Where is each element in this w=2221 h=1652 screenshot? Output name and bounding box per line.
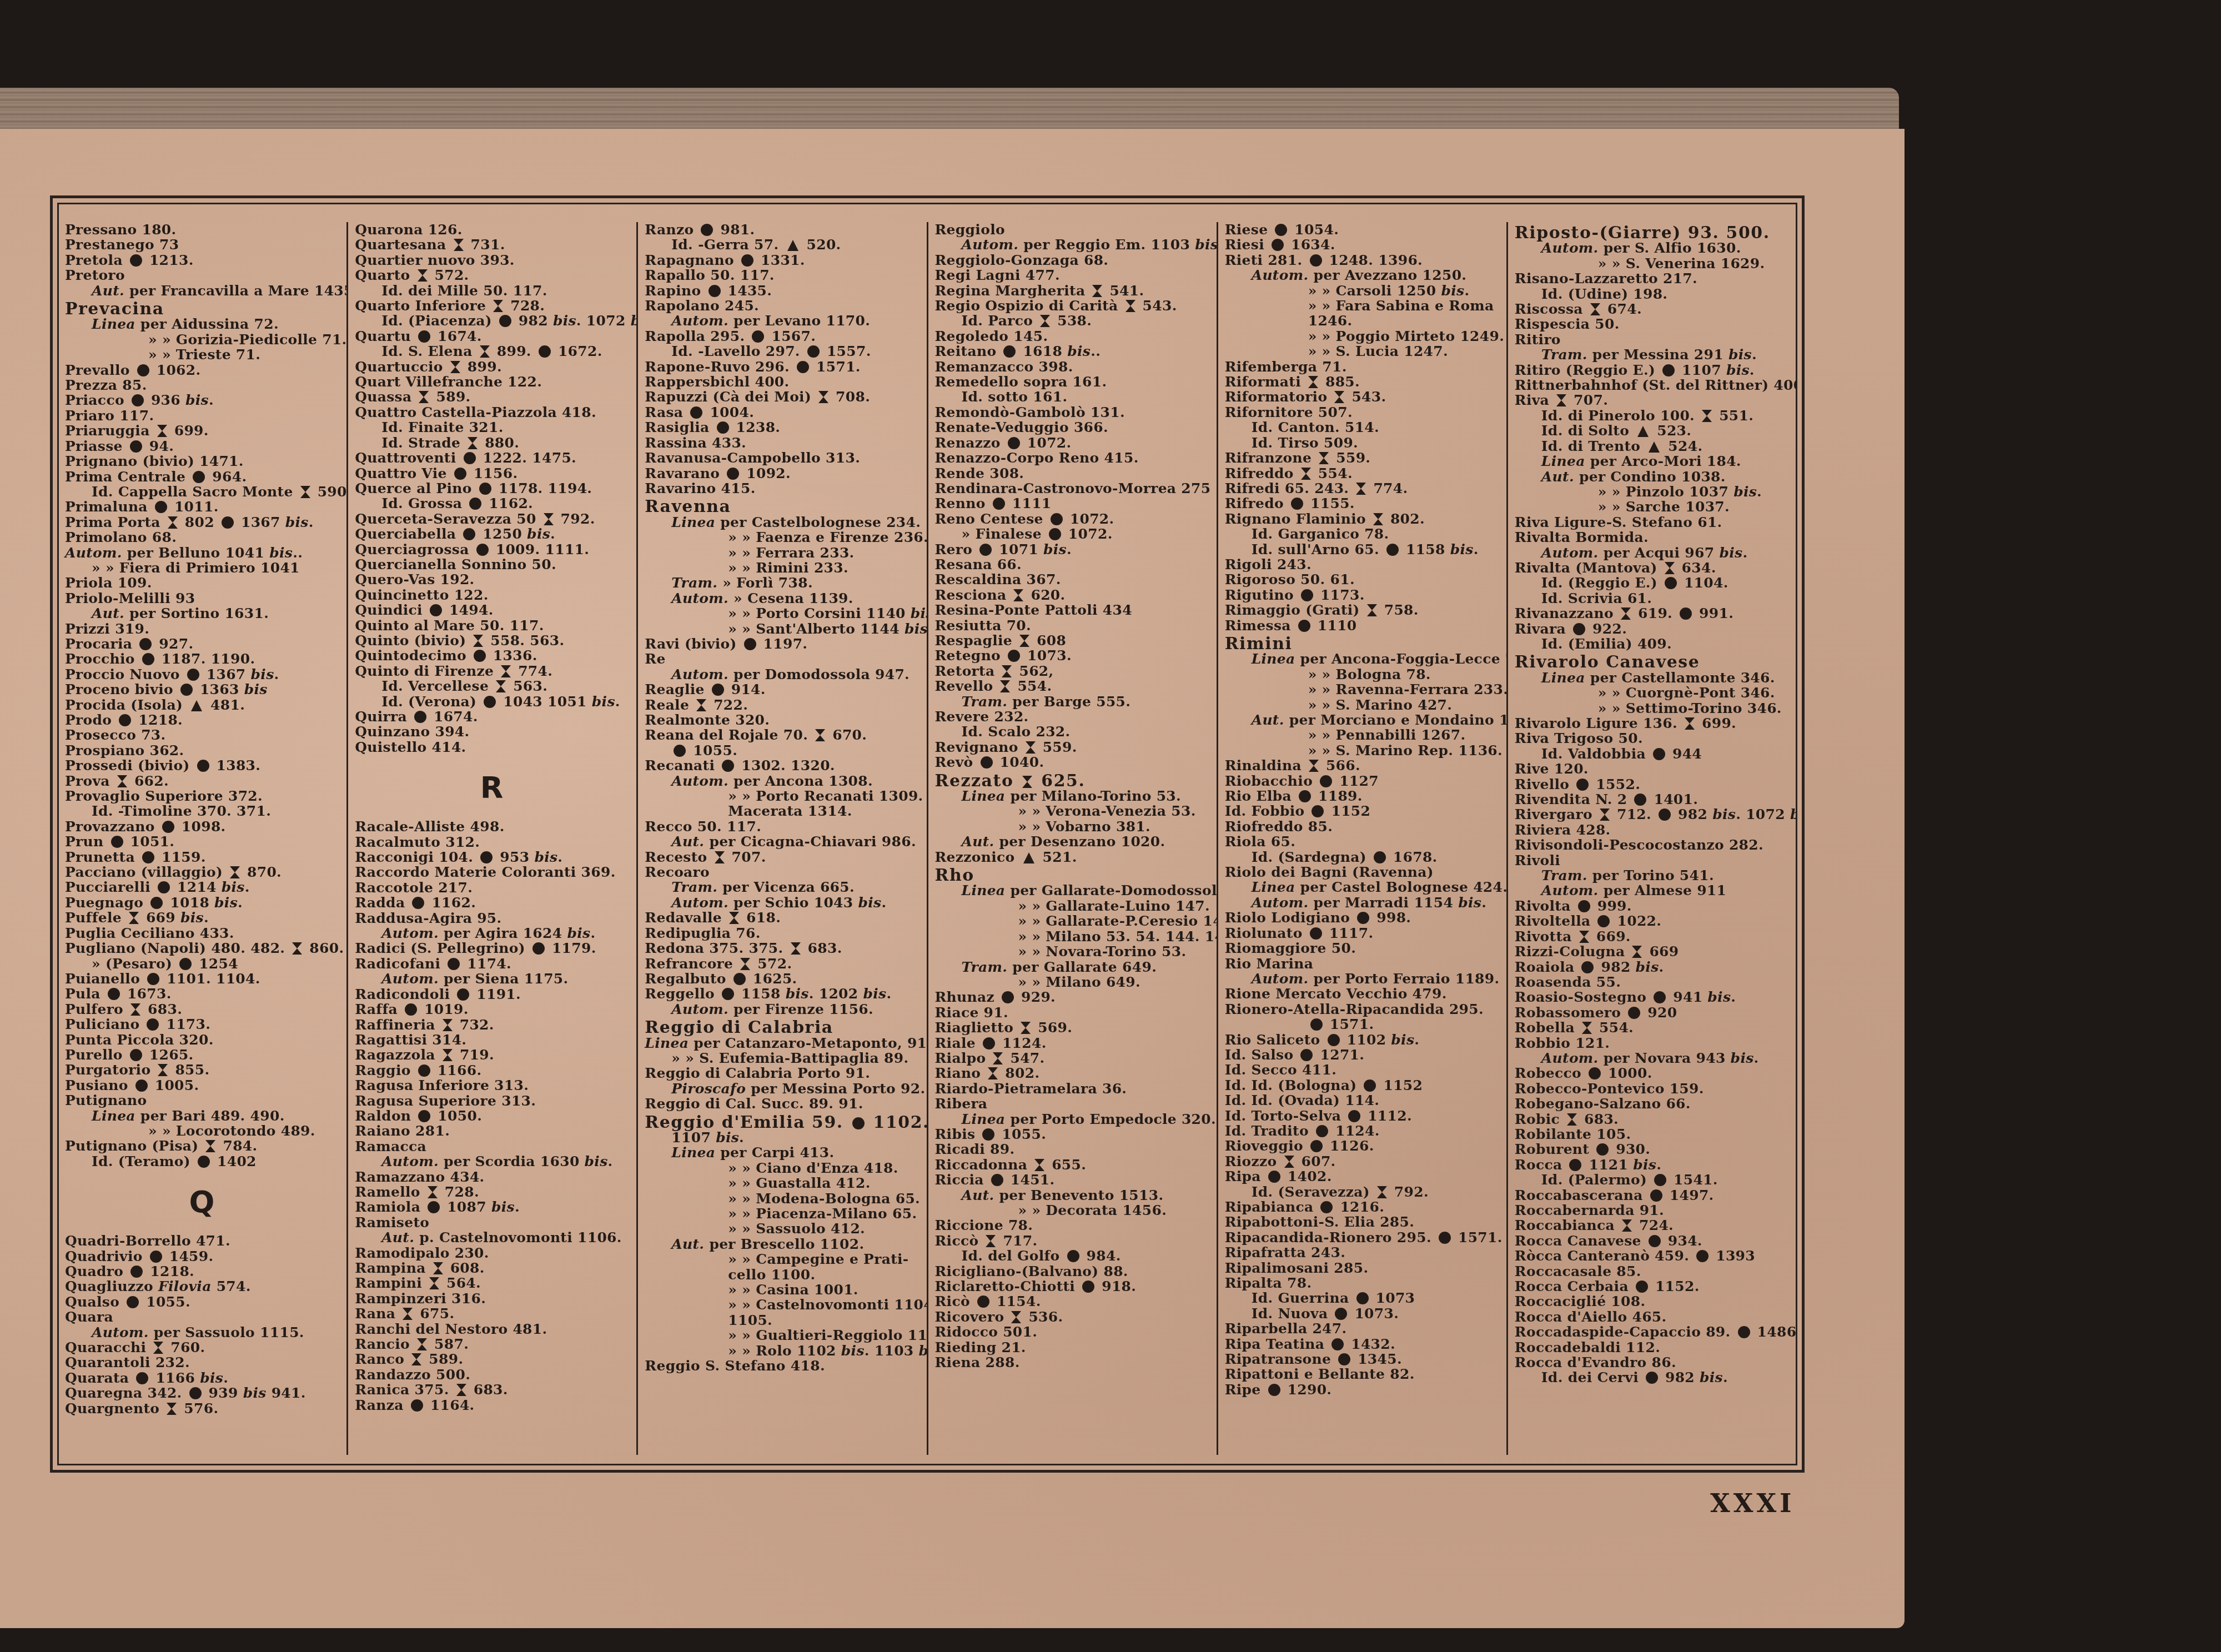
index-entry: Riardo-Pietramelara 36. (935, 1081, 1209, 1096)
tramway-icon (1022, 776, 1032, 788)
index-entry: Id. di Solto 523. (1515, 423, 1788, 438)
index-entry: » Finalese 1072. (935, 526, 1209, 541)
bus-service-icon (137, 364, 149, 376)
index-entry: Id. Canton. 514. (1225, 420, 1499, 435)
index-entry: Riese 1054. (1225, 222, 1499, 237)
station-heading: Rivarolo Canavese (1515, 655, 1788, 670)
bus-service-icon (1636, 1281, 1648, 1293)
tramway-icon (1556, 394, 1566, 406)
index-entry: Quinto di Firenze 774. (355, 664, 629, 679)
bus-service-icon (1310, 254, 1322, 267)
index-entry: Ramiola 1087 bis. (355, 1199, 629, 1214)
index-entry: » » Porto Corsini 1140 bis (645, 606, 918, 621)
index-entry: Riva Ligure-S. Stefano 61. (1515, 515, 1788, 530)
index-entry: » » Verona-Venezia 53. (935, 804, 1209, 819)
index-entry: Rivalta Bormida. (1515, 530, 1788, 545)
index-entry: Quinto al Mare 50. 117. (355, 618, 629, 633)
bus-service-icon (1597, 915, 1610, 927)
index-entry: Rivolta 999. (1515, 898, 1788, 913)
index-entry: Riccadonna 655. (935, 1157, 1209, 1172)
index-entry: Rieding 21. (935, 1340, 1209, 1355)
index-entry: Id. (Piacenza) 982 bis. 1072 bis (355, 313, 629, 328)
bus-service-icon (852, 1117, 865, 1129)
index-entry: Rive 120. (1515, 761, 1788, 776)
index-entry: Id. Strade 880. (355, 435, 629, 450)
index-entry: Puegnago 1018 bis. (65, 895, 339, 910)
index-entry: Rivendita N. 2 1401. (1515, 792, 1788, 807)
tramway-icon (158, 1064, 168, 1076)
tramway-icon (1034, 1159, 1044, 1171)
index-entry: Reggio di Calabria Porto 91. (645, 1066, 918, 1081)
index-entry: Retegno 1073. (935, 648, 1209, 663)
tramway-icon (230, 866, 240, 878)
bus-service-icon (1300, 1049, 1313, 1061)
index-entry: Linea per Carpi 413. (645, 1145, 918, 1160)
index-entry: Recoaro (645, 865, 918, 880)
tramway-icon (468, 437, 478, 449)
index-entry: Ribera (935, 1096, 1209, 1111)
index-entry: Randazzo 500. (355, 1367, 629, 1382)
bus-service-icon (187, 669, 199, 681)
tramway-icon (1011, 1311, 1021, 1323)
index-entry: Linea per Castellamonte 346. (1515, 670, 1788, 685)
index-entry: Rivalta (Mantova) 634. (1515, 560, 1788, 575)
index-entry: Quagliuzzo Filovia 574. (65, 1279, 339, 1294)
index-entry: 1105. (645, 1313, 918, 1328)
index-entry: Ramodipalo 230. (355, 1246, 629, 1261)
index-entry: Rialpo 547. (935, 1051, 1209, 1066)
tramway-icon (1125, 300, 1135, 312)
bus-service-icon (532, 942, 545, 955)
index-entry: Pusiano 1005. (65, 1078, 339, 1093)
bus-service-icon (1298, 620, 1310, 632)
index-entry: 1055. (645, 743, 918, 758)
bus-service-icon (1576, 779, 1589, 791)
tramway-icon (153, 1342, 163, 1354)
index-entry: Ròcca Canteranò 459. 1393 (1515, 1248, 1788, 1263)
index-entry: Id. Vercellese 563. (355, 679, 629, 694)
index-entry: Quarona 126. (355, 222, 629, 237)
bus-service-icon (150, 897, 163, 909)
index-entry: » » Castelnovomonti 1104. (645, 1297, 918, 1312)
bus-service-icon (1356, 1292, 1369, 1304)
index-entry: Quartesana 731. (355, 237, 629, 252)
bus-service-icon (1312, 805, 1324, 817)
index-entry: Ranzo 981. (645, 222, 918, 237)
index-entry: Re (645, 651, 918, 666)
index-entry: Rivergaro 712. 982 bis. 1072 bis (1515, 807, 1788, 822)
tramway-icon (130, 1003, 140, 1016)
bus-service-icon (1665, 577, 1677, 589)
bus-service-icon (979, 544, 992, 556)
bus-service-icon (1357, 912, 1369, 924)
index-entry: Id. Guerrina 1073 (1225, 1291, 1499, 1305)
bus-service-icon (1628, 1007, 1640, 1019)
index-entry: » » Cuorgnè-Pont 346. (1515, 685, 1788, 700)
index-entry: Aut. per Sortino 1631. (65, 606, 339, 621)
index-entry: Roburent 930. (1515, 1142, 1788, 1157)
index-entry: Rignano Flaminio 802. (1225, 511, 1499, 526)
index-entry: Autom. per Schio 1043 bis. (645, 895, 918, 910)
bus-service-icon (130, 254, 142, 267)
bus-service-icon (752, 330, 764, 343)
index-entry: Riccia 1451. (935, 1172, 1209, 1187)
index-entry: Roccaciglié 108. (1515, 1294, 1788, 1309)
index-entry: Id. Grossa 1162. (355, 496, 629, 511)
index-entry: » » Casina 1001. (645, 1282, 918, 1297)
index-entry: Priaro 117. (65, 408, 339, 423)
tramway-icon (1567, 1113, 1577, 1126)
index-entry: » » Sassuolo 412. (645, 1221, 918, 1236)
tramway-icon (818, 391, 828, 403)
bus-service-icon (1634, 794, 1646, 806)
index-entry: Radda 1162. (355, 895, 629, 910)
index-entry: Ravanusa-Campobello 313. (645, 450, 918, 465)
index-entry: Riolunato 1117. (1225, 926, 1499, 941)
index-entry: Quadri-Borrello 471. (65, 1233, 339, 1248)
index-entry: Id. Tradito 1124. (1225, 1123, 1499, 1138)
bus-service-icon (1003, 345, 1016, 358)
index-entry: Quarantoli 232. (65, 1355, 339, 1370)
bus-service-icon (479, 483, 491, 495)
tramway-icon (418, 269, 428, 282)
bus-service-icon (142, 851, 154, 863)
index-entry: Robic 683. (1515, 1112, 1788, 1127)
index-entry: Aut. per Francavilla a Mare 1435. (65, 283, 339, 298)
bus-service-icon (1272, 239, 1284, 251)
bus-service-icon (991, 1174, 1003, 1186)
index-entry: Prevallo 1062. (65, 363, 339, 378)
index-entry: Ramazzano 434. (355, 1169, 629, 1184)
index-entry: Aut. per Morciano e Mondaino 1135. (1225, 712, 1499, 727)
index-entry: » » Modena-Bologna 65. (645, 1191, 918, 1206)
index-entry: Ragattisi 314. (355, 1032, 629, 1047)
bus-service-icon (412, 897, 424, 909)
index-entry: Putignano (65, 1093, 339, 1108)
index-entry: Resana 66. (935, 557, 1209, 572)
bus-service-icon (807, 345, 820, 358)
index-entry: Pugliano (Napoli) 480. 482. 860. (65, 941, 339, 956)
tramway-icon (428, 1186, 438, 1198)
index-entry: Autom. per Acqui 967 bis. (1515, 545, 1788, 560)
index-entry: Prova 662. (65, 774, 339, 789)
index-entry: Id. di Pinerolo 100. 551. (1515, 408, 1788, 423)
bus-service-icon (1738, 1326, 1750, 1338)
bus-service-icon (135, 1079, 148, 1092)
index-entry: Puliciano 1173. (65, 1017, 339, 1032)
index-entry: Roccadaspide-Capaccio 89. 1486 (1515, 1324, 1788, 1339)
index-entry: Recco 50. 117. (645, 819, 918, 834)
index-entry: Rimaggio (Grati) 758. (1225, 602, 1499, 617)
index-entry: » » S. Marino Rep. 1136. (1225, 743, 1499, 758)
tramway-icon (1665, 562, 1675, 574)
index-entry: Redavalle 618. (645, 910, 918, 925)
index-entry: Id. (Emilia) 409. (1515, 636, 1788, 651)
index-entry: Ranchi del Nestoro 481. (355, 1322, 629, 1337)
index-entry: Quarto 572. (355, 268, 629, 283)
index-entry: Recesto 707. (645, 850, 918, 865)
index-entry: Id. di Trento 524. (1515, 439, 1788, 454)
index-entry: Proccio Nuovo 1367 bis. (65, 667, 339, 682)
index-entry: Provaglio Superiore 372. (65, 789, 339, 804)
index-entry: » » Fara Sabina e Roma (1225, 298, 1499, 313)
bus-service-icon (733, 973, 746, 985)
bus-service-icon (127, 1296, 139, 1308)
index-entry: Rifemberga 71. (1225, 359, 1499, 374)
bus-service-icon (1650, 1189, 1662, 1202)
bus-service-icon (983, 1037, 995, 1050)
index-entry: Autom. per Marradi 1154 bis. (1225, 895, 1499, 910)
index-entry: Redipuglia 76. (645, 926, 918, 941)
index-entry: Roaiola 982 bis. (1515, 960, 1788, 975)
index-entry: Rampinzeri 316. (355, 1291, 629, 1306)
station-heading: Rezzato 625. (935, 774, 1209, 789)
index-entry: Priola 109. (65, 575, 339, 590)
index-entry: Rieti 281. 1248. 1396. (1225, 253, 1499, 268)
index-entry: Ricigliano-(Balvano) 88. (935, 1264, 1209, 1279)
index-entry: Regoledo 145. (935, 329, 1209, 344)
bus-service-icon (1291, 498, 1303, 510)
tramway-icon (1000, 680, 1010, 692)
index-entry: Quistello 414. (355, 740, 629, 755)
tramway-icon (292, 942, 302, 955)
index-entry: Rione Mercato Vecchio 479. (1225, 986, 1499, 1001)
index-entry: Ravi (bivio) 1197. (645, 636, 918, 651)
index-entry: Aut. per Condino 1038. (1515, 469, 1788, 484)
index-entry: Quarto Inferiore 728. (355, 298, 629, 313)
index-entry: Rescaldina 367. (935, 572, 1209, 587)
index-entry: Querciabella 1250 bis. (355, 526, 629, 541)
index-entry: Radicondoli 1191. (355, 987, 629, 1002)
bus-service-icon (1331, 1338, 1344, 1350)
index-entry: Provazzano 1098. (65, 819, 339, 834)
index-entry: Rampina 608. (355, 1261, 629, 1276)
tramway-icon (443, 1049, 453, 1061)
index-entry: Rispescia 50. (1515, 317, 1788, 332)
section-letter: Q (65, 1186, 339, 1219)
bus-service-icon (722, 760, 734, 772)
index-entry: Rigoroso 50. 61. (1225, 572, 1499, 587)
index-entry: Id. Parco 538. (935, 313, 1209, 328)
index-entry: » » Guastalla 412. (645, 1176, 918, 1191)
index-entry: Procchio 1187. 1190. (65, 651, 339, 666)
index-entry: Rifranzone 559. (1225, 450, 1499, 465)
index-entry: Remedello sopra 161. (935, 374, 1209, 389)
index-entry: Id. Nuova 1073. (1225, 1306, 1499, 1321)
index-entry: Riofreddo 85. (1225, 819, 1499, 834)
bus-service-icon (1439, 1232, 1451, 1244)
index-entry: Quaracchi 760. (65, 1340, 339, 1355)
index-entry: Proceno bivio 1363 bis (65, 682, 339, 697)
index-entry: Rittnerbahnhof (St. del Rittner) 400 (1515, 378, 1788, 393)
bus-service-icon (193, 471, 205, 483)
tramway-icon (1013, 589, 1023, 601)
index-entry: Purello 1265. (65, 1047, 339, 1062)
index-entry: » » Bologna 78. (1225, 667, 1499, 682)
index-entry: Riano 802. (935, 1066, 1209, 1081)
index-entry: Rampini 564. (355, 1276, 629, 1291)
index-entry: Robella 554. (1515, 1020, 1788, 1035)
bus-service-icon (430, 604, 442, 616)
tramway-icon (450, 361, 460, 373)
index-entry: Raiano 281. (355, 1123, 629, 1138)
index-entry: Riale 1124. (935, 1036, 1209, 1051)
index-entry: Ricovero 536. (935, 1309, 1209, 1324)
boat-service-icon (190, 699, 203, 711)
index-entry: Rana 675. (355, 1306, 629, 1321)
index-entry: Robilante 105. (1515, 1127, 1788, 1142)
index-entry: Ripalta 78. (1225, 1276, 1499, 1291)
tramway-icon (129, 912, 139, 924)
index-entry: Reana del Rojale 70. 670. (645, 727, 918, 742)
index-entry: Ripafratta 243. (1225, 1245, 1499, 1260)
index-entry: Quara (65, 1309, 339, 1324)
index-entry: Aut. p. Castelnovomonti 1106. (355, 1230, 629, 1245)
bus-service-icon (1654, 991, 1666, 1003)
index-entry: Quattroventi 1222. 1475. (355, 450, 629, 465)
bus-service-icon (463, 528, 475, 540)
index-entry: Autom. per S. Alfio 1630. (1515, 240, 1788, 255)
bus-service-icon (130, 1266, 143, 1278)
index-entry: Robassomero 920 (1515, 1005, 1788, 1020)
index-entry: Querceta-Seravezza 50 792. (355, 511, 629, 526)
index-entry: Pula 1673. (65, 986, 339, 1001)
index-entry: Reggiolo-Gonzaga 68. (935, 253, 1209, 268)
index-entry: Quinzano 394. (355, 724, 629, 739)
index-entry: » » Poggio Mirteto 1249. (1225, 329, 1499, 344)
bus-service-icon (1049, 528, 1061, 540)
index-entry: Riaglietto 569. (935, 1020, 1209, 1035)
index-entry: Priolo-Melilli 93 (65, 591, 339, 606)
index-entry: Riformatorio 543. (1225, 389, 1499, 404)
index-column-1: Pressano 180.Prestanego 73Pretola 1213.P… (58, 222, 346, 1455)
index-entry: Riva 707. (1515, 393, 1788, 408)
index-entry: » » Novara-Torino 53. (935, 944, 1209, 959)
index-entry: Querciagrossa 1009. 1111. (355, 542, 629, 557)
bus-service-icon (411, 1399, 423, 1412)
index-entry: » » Gallarate-P.Ceresio 144. (935, 913, 1209, 928)
index-entry: Linea per Castelbolognese 234. (645, 515, 918, 530)
index-entry: Autom. per Domodossola 947. (645, 667, 918, 682)
index-entry: » » Faenza e Firenze 236. (645, 530, 918, 545)
index-entry: Tram. per Gallarate 649. (935, 960, 1209, 975)
tramway-icon (1582, 1022, 1592, 1034)
tramway-icon (473, 635, 483, 647)
tramway-icon (1308, 376, 1318, 388)
index-entry: Ranco 589. (355, 1352, 629, 1367)
index-entry: Id. Finaite 321. (355, 420, 629, 435)
bus-service-icon (119, 714, 131, 726)
index-entry: Tram. per Vicenza 665. (645, 880, 918, 895)
index-entry: Ramiseto (355, 1215, 629, 1230)
index-entry: Quintodecimo 1336. (355, 648, 629, 663)
index-entry: Id. -Timoline 370. 371. (65, 804, 339, 819)
bus-service-icon (136, 1372, 148, 1384)
tramway-icon (157, 425, 167, 437)
index-column-5: Riese 1054.Riesi 1634.Rieti 281. 1248. 1… (1217, 222, 1506, 1455)
bus-service-icon (1008, 650, 1020, 662)
boat-service-icon (1636, 425, 1650, 437)
index-entry: Regina Margherita 541. (935, 283, 1209, 298)
index-entry: Id. dei Mille 50. 117. (355, 283, 629, 298)
bus-service-icon (982, 1128, 994, 1141)
index-entry: Linea per Porto Empedocle 320. (935, 1112, 1209, 1127)
index-entry: Reggiolo (935, 222, 1209, 237)
bus-service-icon (981, 756, 993, 769)
tramway-icon (729, 912, 739, 924)
bus-service-icon (1008, 437, 1020, 449)
bus-service-icon (1589, 1067, 1601, 1079)
tramway-icon (696, 699, 706, 711)
index-entry: Quartu 1674. (355, 329, 629, 344)
bus-service-icon (977, 1296, 989, 1308)
index-entry: Id. Tirso 509. (1225, 435, 1499, 450)
index-entry: Id. (Udine) 198. (1515, 287, 1788, 302)
bus-service-icon (130, 440, 142, 453)
index-entry: Ripalimosani 285. (1225, 1261, 1499, 1276)
index-entry: Riola 65. (1225, 834, 1499, 849)
index-entry: » » Decorata 1456. (935, 1203, 1209, 1218)
index-entry: Remondò-Gambolò 131. (935, 405, 1209, 420)
index-entry: Raggio 1166. (355, 1063, 629, 1078)
bus-service-icon (448, 958, 460, 970)
bus-service-icon (1275, 224, 1287, 236)
index-entry: Roccabianca 724. (1515, 1218, 1788, 1233)
tramway-icon (715, 851, 725, 863)
index-entry: Linea per Milano-Torino 53. (935, 789, 1209, 804)
index-entry: Rivotta 669. (1515, 929, 1788, 944)
tramway-icon (411, 1353, 421, 1365)
bus-service-icon (158, 881, 170, 893)
index-entry: » (Pesaro) 1254 (65, 956, 339, 971)
index-entry: Ripa 1402. (1225, 1169, 1499, 1184)
index-entry: Prezza 85. (65, 378, 339, 393)
bus-service-icon (1569, 1159, 1581, 1171)
index-entry: » » Sant'Alberto 1144 bis (645, 621, 918, 636)
index-entry: Linea per Ancona-Foggia-Lecce 78. (1225, 651, 1499, 666)
index-entry: Autom. » Cesena 1139. (645, 591, 918, 606)
tramway-icon (1334, 391, 1344, 403)
index-entry: » » Porto Recanati 1309. (645, 789, 918, 804)
index-entry: Robbio 121. (1515, 1036, 1788, 1051)
index-entry: Riozzo 607. (1225, 1154, 1499, 1169)
index-entry: Resciona 620. (935, 588, 1209, 602)
tramway-icon (1026, 741, 1036, 754)
index-entry: Riobacchio 1127 (1225, 774, 1499, 789)
index-entry: Revello 554. (935, 679, 1209, 694)
tramway-icon (443, 1019, 453, 1031)
index-entry: Rioveggio 1126. (1225, 1138, 1499, 1153)
bus-service-icon (1082, 1281, 1094, 1293)
bus-service-icon (464, 452, 476, 464)
index-entry: » » Pinzolo 1037 bis. (1515, 484, 1788, 499)
index-entry: Autom. per Belluno 1041 bis.. (65, 545, 339, 560)
tramway-icon (480, 345, 490, 358)
index-entry: Recanati 1302. 1320. (645, 758, 918, 773)
index-entry: Pretola 1213. (65, 253, 339, 268)
index-entry: Rocca 1121 bis. (1515, 1157, 1788, 1172)
index-entry: Roccacasale 85. (1515, 1264, 1788, 1279)
index-entry: Robecco-Pontevico 159. (1515, 1081, 1788, 1096)
index-entry: Id. Secco 411. (1225, 1062, 1499, 1077)
index-entry: Autom. per Porto Ferraio 1189. (1225, 971, 1499, 986)
index-entry: Linea per Arco-Mori 184. (1515, 454, 1788, 469)
index-entry: Racalmuto 312. (355, 835, 629, 850)
bus-service-icon (155, 501, 167, 513)
index-entry: Robegano-Salzano 66. (1515, 1096, 1788, 1111)
index-entry: Rende 308. (935, 466, 1209, 481)
tramway-icon (403, 1308, 413, 1320)
